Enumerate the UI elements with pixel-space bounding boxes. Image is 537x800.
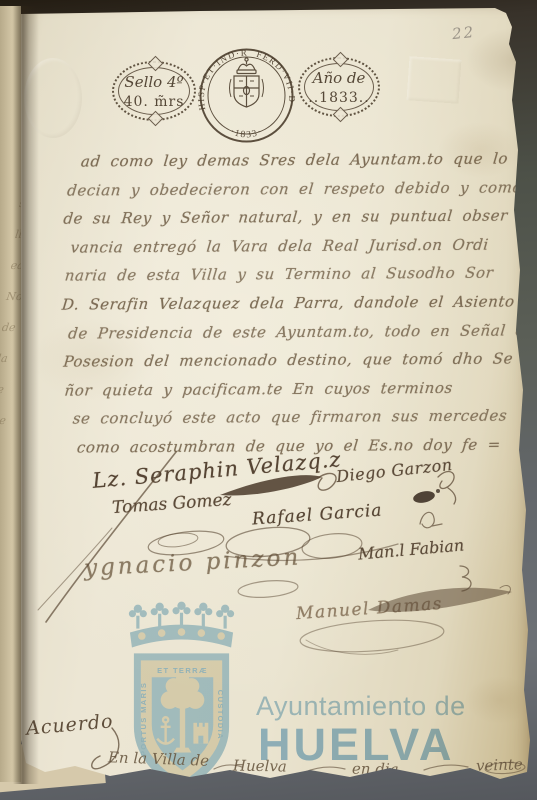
previous-page-edge: ca m ss ll ea No de la fe me la tra es bbox=[0, 6, 21, 782]
signature-tomas-gomez: Tomas Gomez bbox=[111, 490, 232, 518]
sello-stamp: Sello 4º 40. m̃rs bbox=[112, 61, 196, 121]
signature-manuel-fabian: Man.l Fabian bbox=[357, 535, 465, 563]
tower-icon bbox=[193, 723, 208, 744]
manuscript-line: se concluyó este acto que firmaron sus m… bbox=[71, 402, 516, 434]
manuscript-line: naria de esta Villa y su Termino al Suso… bbox=[63, 259, 515, 291]
closing-line-segment: Huelva bbox=[233, 757, 287, 776]
stamp-year-text: ·1833· bbox=[229, 127, 265, 141]
manuscript-line: ad como ley demas Sres dela Ayuntam.to q… bbox=[80, 144, 515, 176]
closing-line-segment: En la Villa de bbox=[108, 748, 210, 770]
manuscript-line: ñor quieta y pacificam.te En cuyos termi… bbox=[63, 373, 516, 405]
crown-icon bbox=[129, 602, 234, 648]
closing-line-segment: veinte bbox=[476, 755, 523, 775]
folio-number: 22 bbox=[451, 23, 476, 43]
watermark-org-name: Ayuntamiento de bbox=[256, 691, 466, 722]
sello-stamp-title: Sello 4º bbox=[114, 75, 194, 90]
coat-of-arms-icon bbox=[230, 76, 264, 107]
motto-left: PORTUS MARIS bbox=[139, 682, 148, 756]
manuscript-line: D. Serafin Velazquez dela Parra, dandole… bbox=[61, 287, 516, 319]
stamp-ornament bbox=[147, 56, 163, 72]
year-stamp-title: Año de bbox=[300, 71, 378, 86]
royal-seal-stamp: HISP·ET·IND·R FERD·VII·D·G ·1833· bbox=[198, 47, 295, 144]
closing-line-segment: en dia bbox=[352, 760, 399, 779]
manuscript-line: de Presidencia de este Ayuntam.to, todo … bbox=[67, 316, 516, 348]
stamp-ornament bbox=[332, 107, 348, 123]
manuscript-body: ad como ley demas Sres dela Ayuntam.to q… bbox=[61, 144, 515, 462]
stamp-arc-text-left: HISP·ET·IND·R bbox=[198, 48, 248, 112]
svg-text:·1833·: ·1833· bbox=[229, 127, 265, 141]
signature-manuel-damas: Manuel Damas bbox=[295, 594, 443, 624]
svg-text:HISP·ET·IND·R: HISP·ET·IND·R bbox=[198, 48, 248, 112]
stamp-ornament bbox=[332, 52, 348, 68]
motto-right: CUSTODIA bbox=[216, 690, 225, 740]
manuscript-line: de su Rey y Señor natural, y en su puntu… bbox=[62, 202, 515, 234]
stamp-ornament bbox=[147, 111, 163, 127]
scanned-document-photo: ca m ss ll ea No de la fe me la tra es 2… bbox=[0, 0, 537, 800]
bleed-through-text: ca m ss ll ea No de la fe me la tra es bbox=[0, 126, 21, 529]
manuscript-line: Posesion del mencionado destino, que tom… bbox=[62, 345, 516, 377]
year-stamp: Año de ..1833.. bbox=[298, 57, 380, 117]
crown-icon bbox=[237, 58, 256, 74]
signature-ygnacio-pinzon: ygnacio pinzon bbox=[83, 544, 301, 581]
blind-seal-round bbox=[24, 58, 82, 138]
year-stamp-value: ..1833.. bbox=[300, 91, 378, 105]
manuscript-line: vancia entregó la Vara dela Real Jurisd.… bbox=[69, 230, 515, 262]
margin-note-acuerdo: Acuerdo bbox=[25, 710, 114, 740]
manuscript-line: decian y obedecieron con el respeto debi… bbox=[66, 173, 515, 205]
motto-top: ET TERRÆ bbox=[157, 666, 208, 675]
signature-rafael-garcia: Rafael Garcia bbox=[251, 500, 383, 529]
sello-stamp-value: 40. m̃rs bbox=[114, 95, 194, 109]
huelva-crest-watermark: ET TERRÆ PORTUS MARIS CUSTODIA bbox=[122, 597, 241, 800]
blind-seal-square bbox=[407, 56, 462, 104]
manuscript-page: 22 Sello 4º 40. m̃rs bbox=[0, 0, 537, 800]
